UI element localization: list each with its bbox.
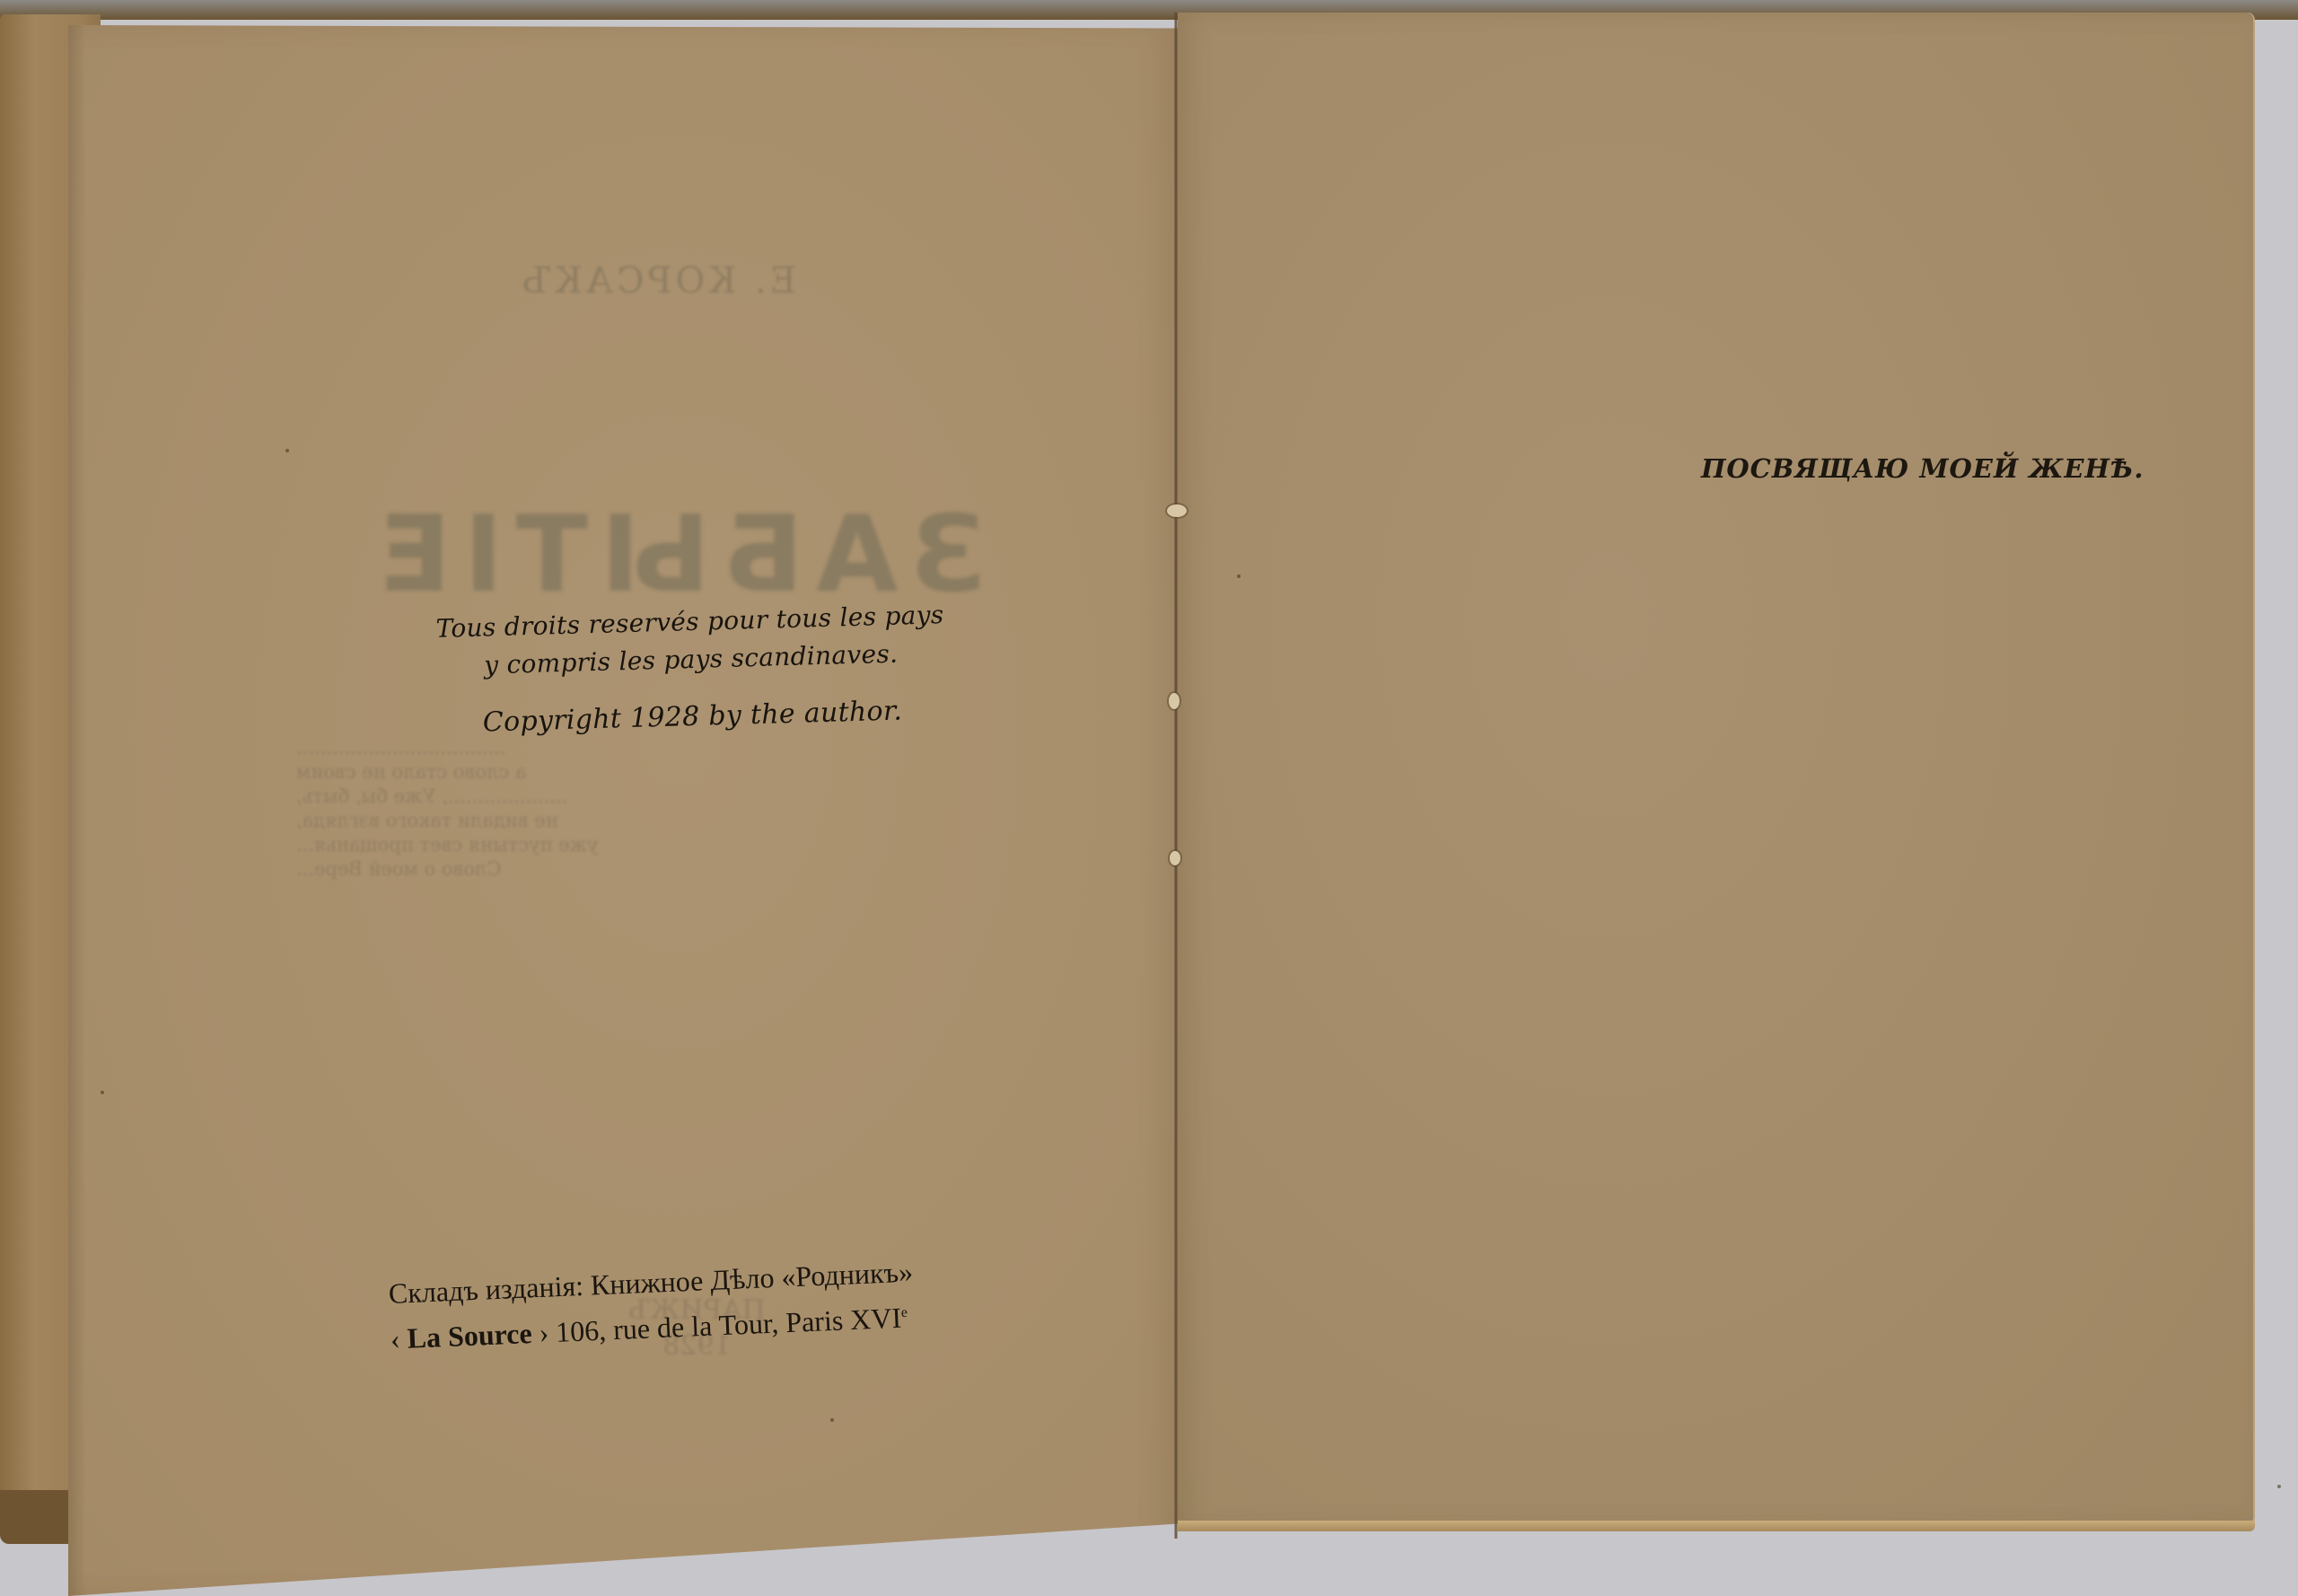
paper-speck — [2277, 1485, 2281, 1488]
paper-speck — [830, 1418, 834, 1422]
gutter-tear-mark — [1170, 851, 1180, 865]
close-quote: › — [539, 1316, 549, 1348]
show-through-verse-line: Слово о моей Вере... — [296, 857, 727, 881]
paper-speck — [101, 1091, 104, 1094]
gutter-tear-mark — [1167, 504, 1187, 517]
paper-speck — [1237, 574, 1241, 578]
show-through-verse-line: ...................., Уже бы, быть, — [296, 785, 727, 809]
right-page-bottom-edge — [1178, 1521, 2255, 1531]
dedication: ПОСВЯЩАЮ МОЕЙ ЖЕНѢ. — [1701, 453, 2145, 484]
show-through-verse-line: не видали такого взгляда, — [296, 809, 727, 833]
gutter-tear-mark — [1169, 693, 1180, 709]
show-through-verse-line: а слово стало не своим — [296, 760, 727, 785]
right-page — [1178, 13, 2253, 1526]
show-through-verse-line: уже пустыня свет прощанья... — [296, 833, 727, 857]
publisher-name: La Source — [407, 1317, 532, 1355]
show-through-author: Е. КОРСАКЪ — [519, 260, 796, 302]
rights-notice: Tous droits reservés pour tous les pays … — [411, 595, 971, 743]
book-spread-photo: Е. КОРСАКЪ ЗАБЫТІЕ .....................… — [0, 0, 2298, 1596]
paper-speck — [285, 449, 289, 452]
open-quote: ‹ — [390, 1322, 400, 1355]
book-gutter — [1174, 13, 1178, 1539]
show-through-verse: ................................... а сл… — [296, 736, 727, 881]
arrondissement-suffix: e — [900, 1305, 908, 1320]
